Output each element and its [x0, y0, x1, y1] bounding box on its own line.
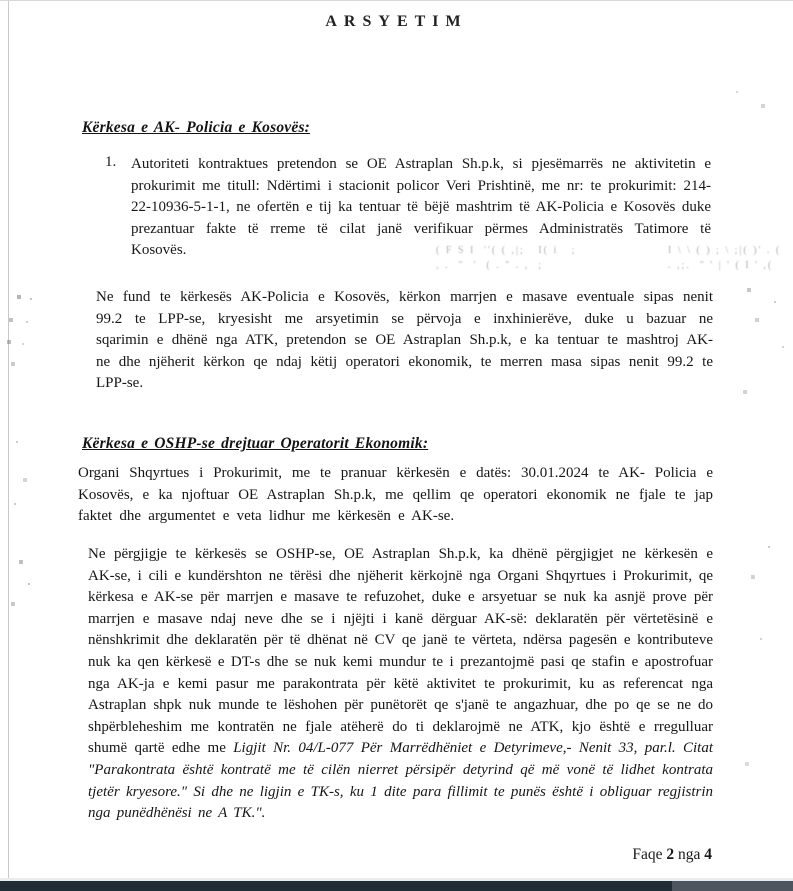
- scan-noise-artifacts: [0, 1, 2, 3]
- document-title: ARSYETIM: [0, 13, 793, 31]
- paragraph-operator-response: Ne përgjigje te kërkesës se OSHP-se, OE …: [88, 544, 713, 825]
- bleed-through-stamp-left-line2: , . " ' ( . " . , ;: [436, 259, 543, 272]
- paragraph-oshp-intro: Organi Shqyrtues i Prokurimit, me te pra…: [78, 463, 713, 528]
- footer-label-page: Faqe: [632, 846, 662, 863]
- paragraph-ak-conclusion: Ne fund te kërkesës AK-Policia e Kosovës…: [96, 287, 713, 395]
- numbered-list-item: 1. Autoriteti kontraktues pretendon se O…: [105, 154, 711, 262]
- footer-label-of: nga: [678, 846, 700, 863]
- bleed-through-stamp-right: I \ \ ( ) ; \ ;|( )' . (: [668, 244, 781, 257]
- footer-page-number: 2: [666, 846, 674, 863]
- list-item-text: Autoriteti kontraktues pretendon se OE A…: [131, 154, 711, 262]
- bleed-through-stamp-left: ( F S I ''( ( ,|; I( i ;: [436, 244, 577, 257]
- scanned-document-page: ARSYETIM Kërkesa e AK- Policia e Kosovës…: [0, 0, 793, 891]
- response-text-normal: Ne përgjigje te kërkesës se OSHP-se, OE …: [88, 546, 713, 756]
- page-footer: Faqe 2 nga 4: [632, 846, 712, 864]
- list-item-number: 1.: [105, 154, 116, 171]
- scan-edge-line: [8, 1, 9, 879]
- section-heading-oshp-request: Kërkesa e OSHP-se drejtuar Operatorit Ek…: [82, 435, 428, 453]
- bleed-through-stamp-right-line2: . ,;. " ' | ' ( I ' ,(: [668, 259, 773, 272]
- footer-total-pages: 4: [704, 846, 712, 863]
- section-heading-ak-request: Kërkesa e AK- Policia e Kosovës:: [82, 119, 310, 137]
